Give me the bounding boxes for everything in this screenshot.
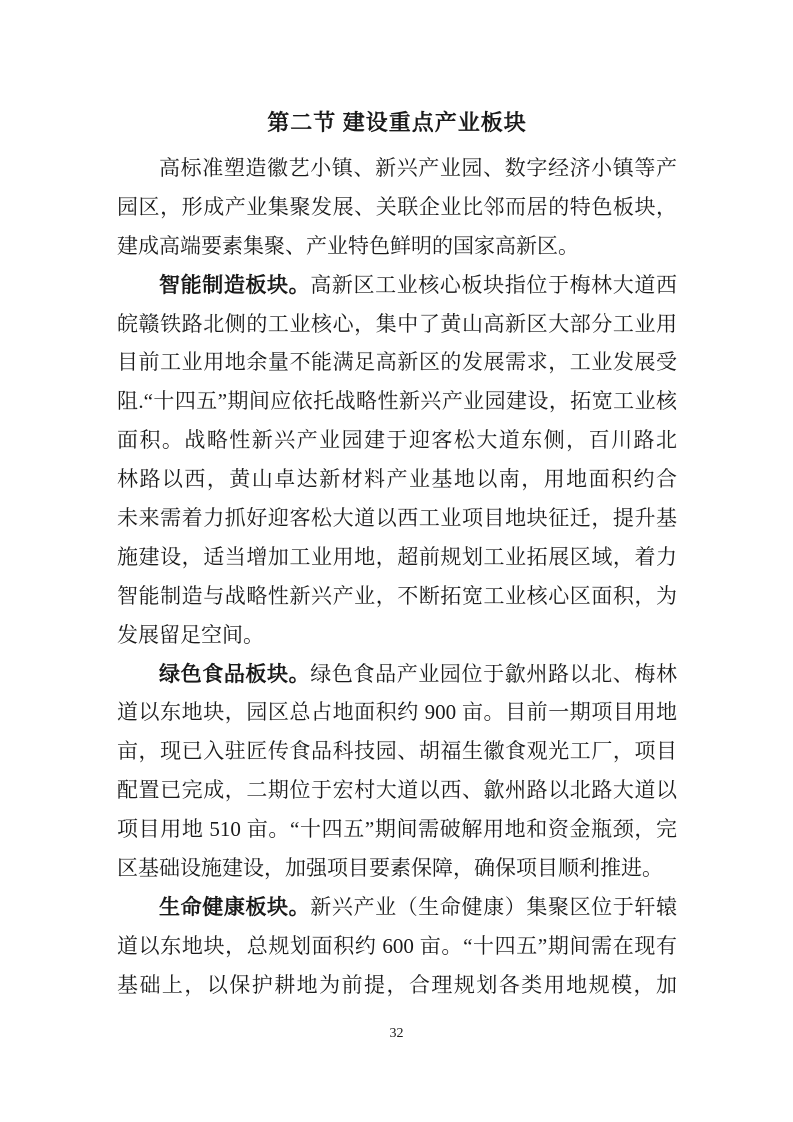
text-line: 道以东地块，园区总占地面积约 900 亩。目前一期项目用地 132 <box>117 693 677 732</box>
text-segment: 高标准塑造徽艺小镇、新兴产业园、数字经济小镇等产业 <box>117 156 677 188</box>
section-title: 第二节 建设重点产业板块 <box>117 106 677 140</box>
text-line: 区基础设施建设，加强项目要素保障，确保项目顺利推进。 <box>117 849 677 888</box>
text-segment: 林路以西，黄山卓达新材料产业基地以南，用地面积约合 707 亩， <box>117 467 677 499</box>
text-segment: 目前工业用地余量不能满足高新区的发展需求，工业发展受 <box>117 350 677 374</box>
text-line: 生命健康板块。新兴产业（生命健康）集聚区位于轩辕大 <box>117 888 677 927</box>
text-line: 未来需着力抓好迎客松大道以西工业项目地块征迁，提升基础设 <box>117 499 677 538</box>
text-segment: 项目用地 510 亩。“十四五”期间需破解用地和资金瓶颈，完善园 <box>117 817 677 849</box>
text-segment: 区基础设施建设，加强项目要素保障，确保项目顺利推进。 <box>117 856 663 880</box>
text-segment: 阻.“十四五”期间应依托战略性新兴产业园建设，拓宽工业核心区 <box>117 389 677 421</box>
paragraph-green-food: 绿色食品板块。绿色食品产业园位于歙州路以北、梅林大道以东地块，园区总占地面积约 … <box>117 655 677 888</box>
text-segment: 皖赣铁路北侧的工业核心，集中了黄山高新区大部分工业用地。 <box>117 312 677 344</box>
text-segment: 智能制造与战略性新兴产业，不断拓宽工业核心区面积，为工业 <box>117 584 677 616</box>
paragraph-lead: 绿色食品板块。 <box>159 662 310 686</box>
paragraph-intro: 高标准塑造徽艺小镇、新兴产业园、数字经济小镇等产业园区，形成产业集聚发展、关联企… <box>117 149 677 266</box>
text-segment: 未来需着力抓好迎客松大道以西工业项目地块征迁，提升基础设 <box>117 506 677 538</box>
text-line: 园区，形成产业集聚发展、关联企业比邻而居的特色板块，加快 <box>117 188 677 227</box>
text-segment: 发展留足空间。 <box>117 623 264 647</box>
paragraph-smart-manufacturing: 智能制造板块。高新区工业核心板块指位于梅林大道西侧、皖赣铁路北侧的工业核心，集中… <box>117 266 677 655</box>
text-line: 建成高端要素集聚、产业特色鲜明的国家高新区。 <box>117 227 677 266</box>
text-line: 配置已完成，二期位于宏村大道以西、歙州路以北路大道以北， <box>117 771 677 810</box>
text-segment: 配置已完成，二期位于宏村大道以西、歙州路以北路大道以北， <box>117 778 677 810</box>
text-line: 智能制造板块。高新区工业核心板块指位于梅林大道西侧、 <box>117 266 677 305</box>
text-segment: 基础上，以保护耕地为前提，合理规划各类用地规模，加大“五 <box>117 973 677 1005</box>
text-segment: 道以东地块，总规划面积约 600 亩。“十四五”期间需在现有用地 <box>117 934 677 966</box>
text-segment: 道以东地块，园区总占地面积约 900 亩。目前一期项目用地 132 <box>117 700 677 732</box>
text-segment: 亩，现已入驻匠传食品科技园、胡福生徽食观光工厂，项目周边 <box>117 739 677 771</box>
text-line: 亩，现已入驻匠传食品科技园、胡福生徽食观光工厂，项目周边 <box>117 732 677 771</box>
text-segment: 面积。战略性新兴产业园建于迎客松大道东侧，百川路北侧，翰 <box>117 428 677 460</box>
paragraphs-container: 高标准塑造徽艺小镇、新兴产业园、数字经济小镇等产业园区，形成产业集聚发展、关联企… <box>117 149 677 1005</box>
text-line: 项目用地 510 亩。“十四五”期间需破解用地和资金瓶颈，完善园 <box>117 810 677 849</box>
text-line: 面积。战略性新兴产业园建于迎客松大道东侧，百川路北侧，翰 <box>117 421 677 460</box>
text-line: 绿色食品板块。绿色食品产业园位于歙州路以北、梅林大 <box>117 655 677 694</box>
document-page: 第二节 建设重点产业板块 高标准塑造徽艺小镇、新兴产业园、数字经济小镇等产业园区… <box>0 0 793 1122</box>
text-line: 发展留足空间。 <box>117 616 677 655</box>
text-segment: 建成高端要素集聚、产业特色鲜明的国家高新区。 <box>117 234 579 258</box>
text-line: 阻.“十四五”期间应依托战略性新兴产业园建设，拓宽工业核心区 <box>117 382 677 421</box>
paragraph-life-health: 生命健康板块。新兴产业（生命健康）集聚区位于轩辕大道以东地块，总规划面积约 60… <box>117 888 677 1005</box>
text-segment: 园区，形成产业集聚发展、关联企业比邻而居的特色板块，加快 <box>117 195 677 227</box>
text-segment: 施建设，适当增加工业用地，超前规划工业拓展区域，着力引进 <box>117 545 677 577</box>
text-line: 林路以西，黄山卓达新材料产业基地以南，用地面积约合 707 亩， <box>117 460 677 499</box>
text-line: 目前工业用地余量不能满足高新区的发展需求，工业发展受 <box>117 343 677 382</box>
text-line: 高标准塑造徽艺小镇、新兴产业园、数字经济小镇等产业 <box>117 149 677 188</box>
text-line: 基础上，以保护耕地为前提，合理规划各类用地规模，加大“五 <box>117 966 677 1005</box>
document-body: 第二节 建设重点产业板块 高标准塑造徽艺小镇、新兴产业园、数字经济小镇等产业园区… <box>117 106 677 1005</box>
paragraph-lead: 生命健康板块。 <box>159 895 310 919</box>
page-number: 32 <box>0 1024 793 1044</box>
text-line: 施建设，适当增加工业用地，超前规划工业拓展区域，着力引进 <box>117 538 677 577</box>
text-line: 皖赣铁路北侧的工业核心，集中了黄山高新区大部分工业用地。 <box>117 305 677 344</box>
text-line: 道以东地块，总规划面积约 600 亩。“十四五”期间需在现有用地 <box>117 927 677 966</box>
paragraph-lead: 智能制造板块。 <box>159 273 310 297</box>
text-line: 智能制造与战略性新兴产业，不断拓宽工业核心区面积，为工业 <box>117 577 677 616</box>
